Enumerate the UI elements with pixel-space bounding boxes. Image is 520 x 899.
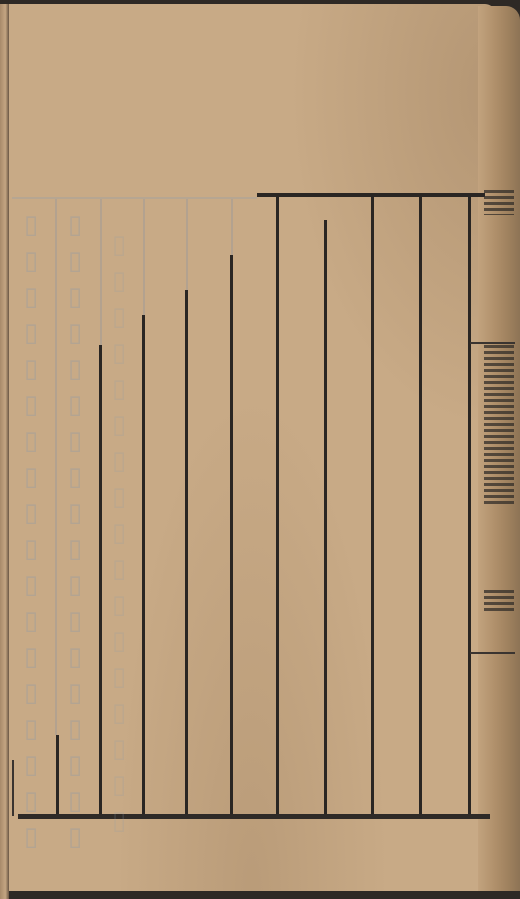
scanned-page: ▯▯▯▯▯▯▯▯▯▯▯▯▯▯▯▯▯▯ ▯▯▯▯▯▯▯▯▯▯▯▯▯▯▯▯▯▯ ▯▯…	[0, 0, 520, 899]
adjacent-page-edge	[0, 4, 9, 899]
column-line	[324, 220, 327, 814]
column-line	[468, 197, 471, 814]
ghost-column-line	[100, 199, 102, 345]
fold-margin-rule	[470, 652, 515, 654]
fold-margin-text-fragment	[484, 590, 514, 612]
bleed-through-text: ▯▯▯▯▯▯▯▯▯▯▯▯▯▯▯▯▯▯	[18, 210, 44, 858]
bleed-through-text: ▯▯▯▯▯▯▯▯▯▯▯▯▯▯▯▯▯	[106, 230, 132, 842]
column-line	[56, 735, 59, 814]
column-line	[371, 197, 374, 814]
fold-margin-rule	[470, 342, 515, 344]
column-line	[276, 197, 279, 814]
frame-top-ghost-border	[12, 197, 257, 199]
ghost-column-line	[143, 199, 145, 315]
column-line	[419, 197, 422, 814]
column-line	[230, 255, 233, 814]
bleed-through-text: ▯▯▯▯▯▯▯▯▯▯▯▯▯▯▯▯▯▯	[62, 210, 88, 858]
ghost-column-line	[186, 199, 188, 290]
ghost-column-line	[55, 199, 57, 735]
column-line	[185, 290, 188, 814]
fold-margin-text-fragment	[484, 345, 514, 505]
ghost-column-line	[231, 199, 233, 255]
column-line	[142, 315, 145, 814]
column-line	[99, 345, 102, 814]
fold-margin-text-fragment	[484, 190, 514, 215]
frame-left-border	[12, 760, 14, 816]
